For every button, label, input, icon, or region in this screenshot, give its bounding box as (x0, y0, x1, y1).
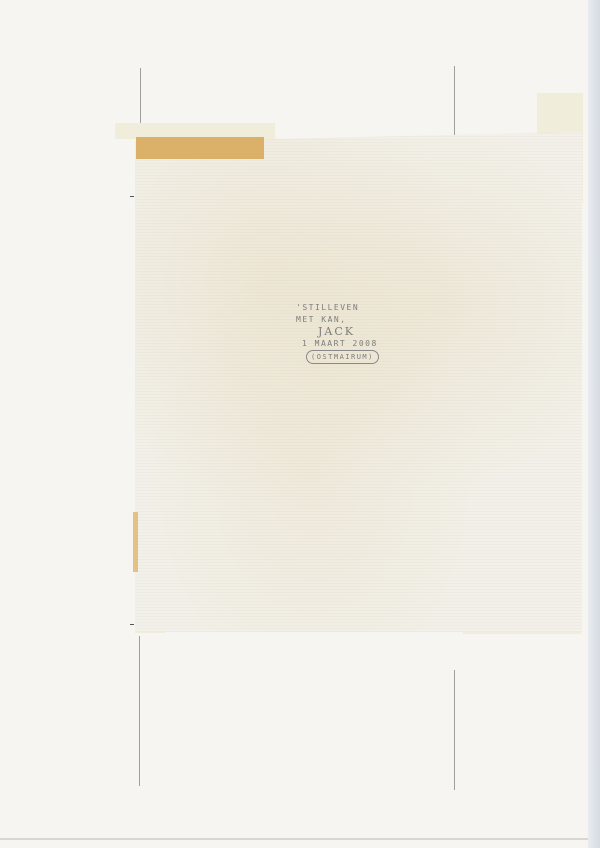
board-bottom-edge (0, 838, 588, 840)
date: 1 MAART 2008 (302, 338, 416, 350)
title-line-1: 'STILLEVEN (296, 302, 416, 314)
masking-tape-top (136, 137, 264, 159)
signature: JACK (318, 326, 416, 338)
masking-tape-residue (133, 512, 138, 572)
bracketed-note: (OSTMAIRUM) (306, 350, 379, 364)
handwritten-inscription: 'STILLEVEN MET KAN, JACK 1 MAART 2008 (O… (296, 302, 416, 364)
title-line-2: MET KAN, (296, 314, 416, 326)
watercolor-paper-back (135, 132, 582, 632)
pencil-guide-left-bottom (139, 636, 140, 786)
pencil-tick (130, 196, 134, 197)
pencil-guide-right-top (454, 66, 455, 136)
pencil-guide-right-bottom (454, 670, 455, 790)
board-edge (588, 0, 600, 848)
pencil-tick (130, 624, 134, 625)
pencil-guide-left-top (140, 68, 141, 123)
